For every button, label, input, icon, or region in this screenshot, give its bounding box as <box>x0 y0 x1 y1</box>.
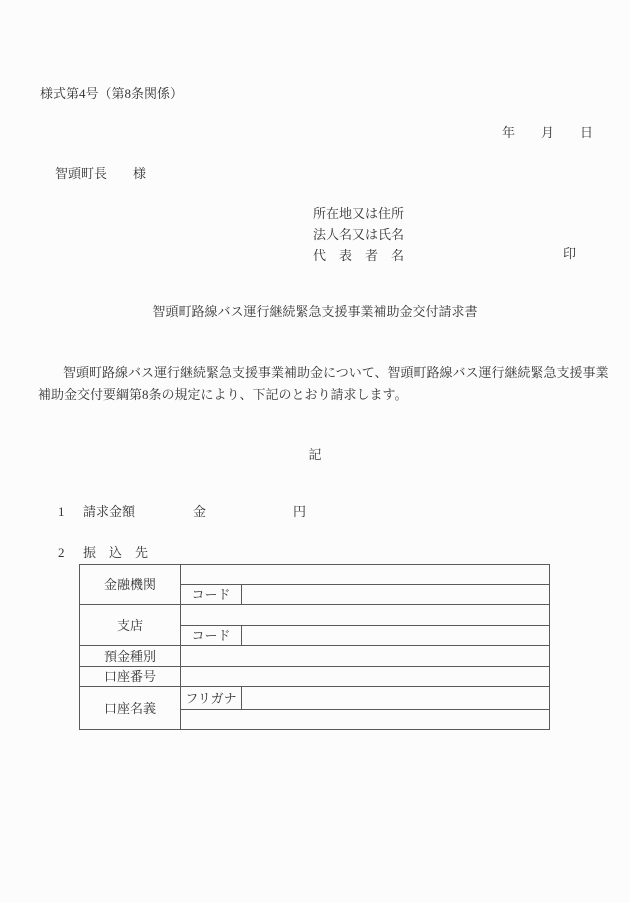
account-holder-furigana-label: フリガナ <box>181 687 242 710</box>
branch-name-cell <box>181 605 550 626</box>
financial-institution-name-cell <box>181 565 550 585</box>
table-row: 金融機関 <box>80 565 550 585</box>
sender-representative-label: 代 表 者 名 <box>313 249 404 262</box>
row-account-holder-label: 口座名義 <box>80 687 181 730</box>
financial-institution-code-cell <box>242 585 550 605</box>
item1-amount-prefix: 金 <box>193 505 206 518</box>
sender-name-label: 法人名又は氏名 <box>313 228 404 241</box>
item1-number: 1 <box>58 505 65 518</box>
body-text-line-1: 智頭町路線バス運行継続緊急支援事業補助金について、智頭町路線バス運行継続緊急支援… <box>63 366 608 379</box>
financial-institution-code-label: コード <box>181 585 242 605</box>
sender-address-label: 所在地又は住所 <box>313 207 404 220</box>
row-deposit-type-label: 預金種別 <box>80 646 181 667</box>
addressee: 智頭町長 様 <box>55 167 146 180</box>
row-financial-institution-label: 金融機関 <box>80 565 181 605</box>
item2-number: 2 <box>58 546 65 559</box>
table-row: 預金種別 <box>80 646 550 667</box>
branch-code-cell <box>242 626 550 646</box>
document-page: 様式第4号（第8条関係） 年 月 日 智頭町長 様 所在地又は住所 法人名又は氏… <box>0 0 630 903</box>
deposit-type-cell <box>181 646 550 667</box>
account-number-cell <box>181 667 550 687</box>
date-line: 年 月 日 <box>502 126 593 139</box>
row-branch-label: 支店 <box>80 605 181 646</box>
bank-transfer-table: 金融機関 コード 支店 コード 預金種別 口座番号 <box>79 564 550 730</box>
form-number: 様式第4号（第8条関係） <box>40 87 183 100</box>
record-marker: 記 <box>0 448 630 461</box>
table-row: 口座番号 <box>80 667 550 687</box>
table-row: 口座名義 フリガナ <box>80 687 550 710</box>
row-account-number-label: 口座番号 <box>80 667 181 687</box>
item2-label: 振 込 先 <box>83 546 148 559</box>
account-holder-name-cell <box>181 710 550 730</box>
branch-code-label: コード <box>181 626 242 646</box>
account-holder-furigana-cell <box>242 687 550 710</box>
seal-mark: 印 <box>563 247 576 260</box>
item1-label: 請求金額 <box>83 505 135 518</box>
table-row: 支店 <box>80 605 550 626</box>
item1-amount-suffix: 円 <box>293 505 306 518</box>
body-text-line-2: 補助金交付要綱第8条の規定により、下記のとおり請求します。 <box>38 388 407 401</box>
document-title: 智頭町路線バス運行継続緊急支援事業補助金交付請求書 <box>0 305 630 318</box>
